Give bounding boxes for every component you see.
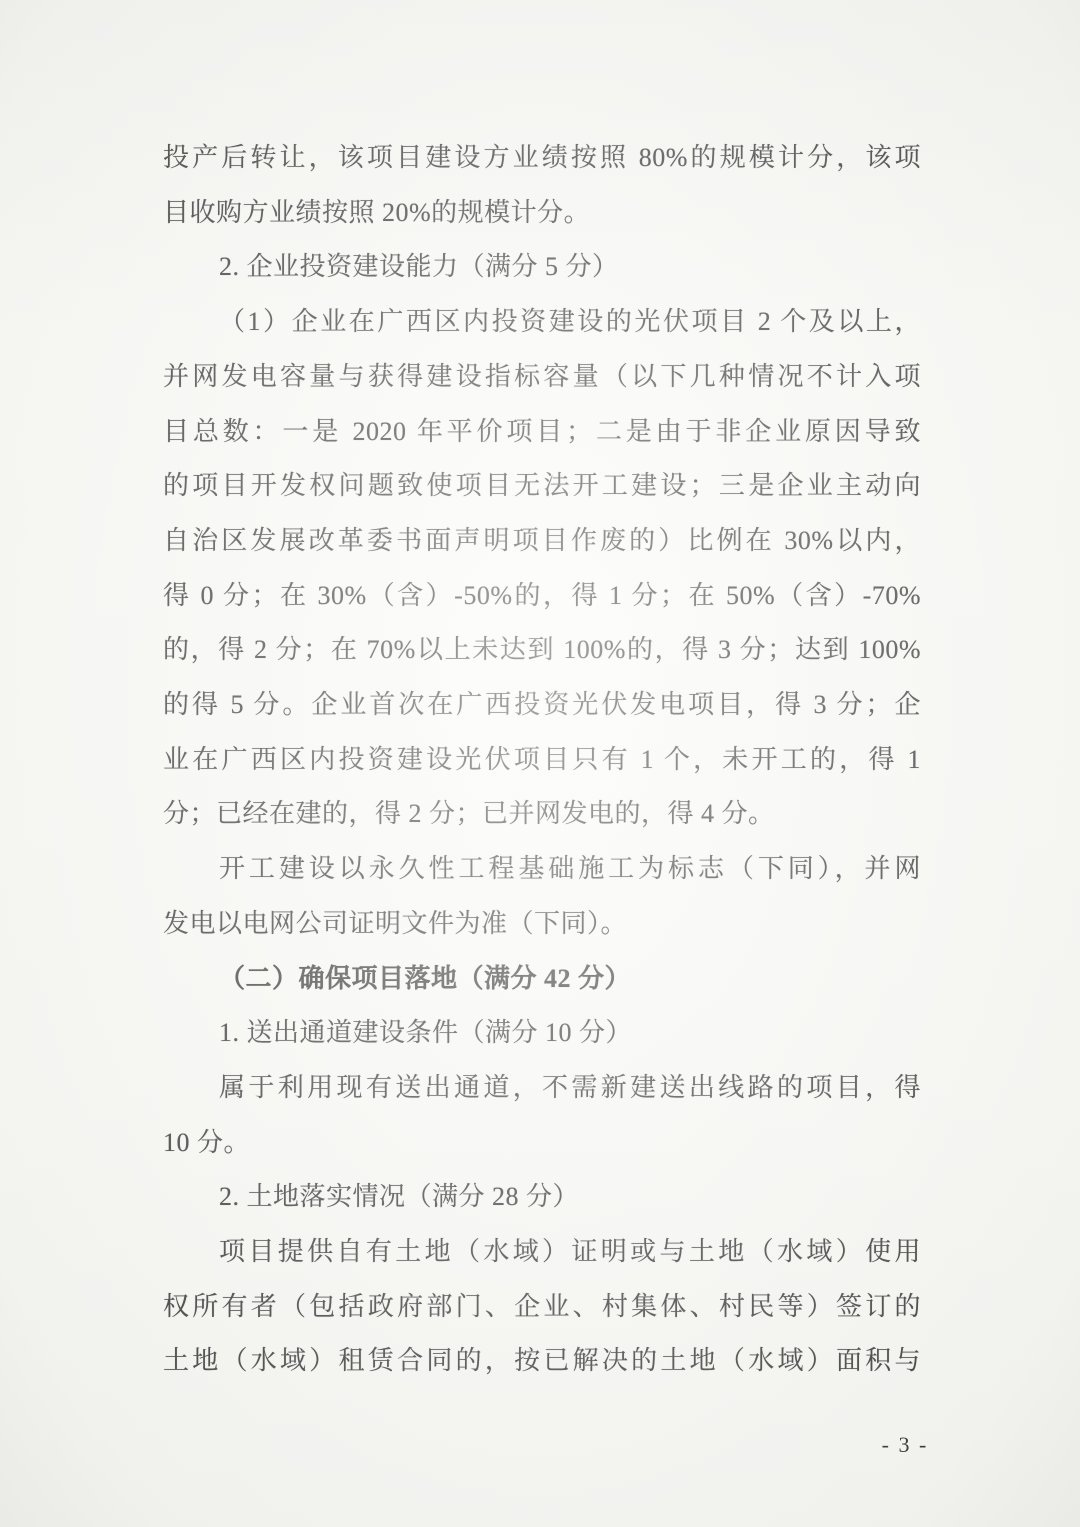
text-line: 属于利用现有送出通道，不需新建送出线路的项目，得 [163, 1061, 921, 1116]
text-line: 土地（水域）租赁合同的，按已解决的土地（水域）面积与 [163, 1334, 921, 1389]
text-line: 并网发电容量与获得建设指标容量（以下几种情况不计入项 [163, 350, 921, 405]
text-line: 发电以电网公司证明文件为准（下同）。 [163, 897, 921, 952]
text-line: 目收购方业绩按照 20%的规模计分。 [163, 186, 921, 241]
page-number: - 3 - [860, 1432, 950, 1458]
text-line: 的，得 2 分；在 70%以上未达到 100%的，得 3 分；达到 100% [163, 623, 921, 678]
text-line: 目总数：一是 2020 年平价项目；二是由于非企业原因导致 [163, 405, 921, 460]
text-line: 的得 5 分。企业首次在广西投资光伏发电项目，得 3 分；企 [163, 678, 921, 733]
text-line: 的项目开发权问题致使项目无法开工建设；三是企业主动向 [163, 459, 921, 514]
text-line: 业在广西区内投资建设光伏项目只有 1 个，未开工的，得 1 [163, 733, 921, 788]
text-line: 项目提供自有土地（水域）证明或与土地（水域）使用 [163, 1225, 921, 1280]
heading-section-2: 2. 企业投资建设能力（满分 5 分） [163, 240, 921, 295]
text-line: 自治区发展改革委书面声明项目作废的）比例在 30%以内， [163, 514, 921, 569]
document-body: 投产后转让，该项目建设方业绩按照 80%的规模计分，该项 目收购方业绩按照 20… [163, 131, 921, 1389]
heading-section-two: （二）确保项目落地（满分 42 分） [163, 952, 921, 1007]
text-line: 10 分。 [163, 1116, 921, 1171]
text-line: 投产后转让，该项目建设方业绩按照 80%的规模计分，该项 [163, 131, 921, 186]
heading-item-2: 2. 土地落实情况（满分 28 分） [163, 1170, 921, 1225]
text-line: 分；已经在建的，得 2 分；已并网发电的，得 4 分。 [163, 787, 921, 842]
text-line: 得 0 分；在 30%（含）-50%的，得 1 分；在 50%（含）-70% [163, 569, 921, 624]
text-line: 开工建设以永久性工程基础施工为标志（下同），并网 [163, 842, 921, 897]
scanned-document-page: 投产后转让，该项目建设方业绩按照 80%的规模计分，该项 目收购方业绩按照 20… [0, 0, 1080, 1527]
text-line: （1）企业在广西区内投资建设的光伏项目 2 个及以上， [163, 295, 921, 350]
heading-item-1: 1. 送出通道建设条件（满分 10 分） [163, 1006, 921, 1061]
text-line: 权所有者（包括政府部门、企业、村集体、村民等）签订的 [163, 1280, 921, 1335]
